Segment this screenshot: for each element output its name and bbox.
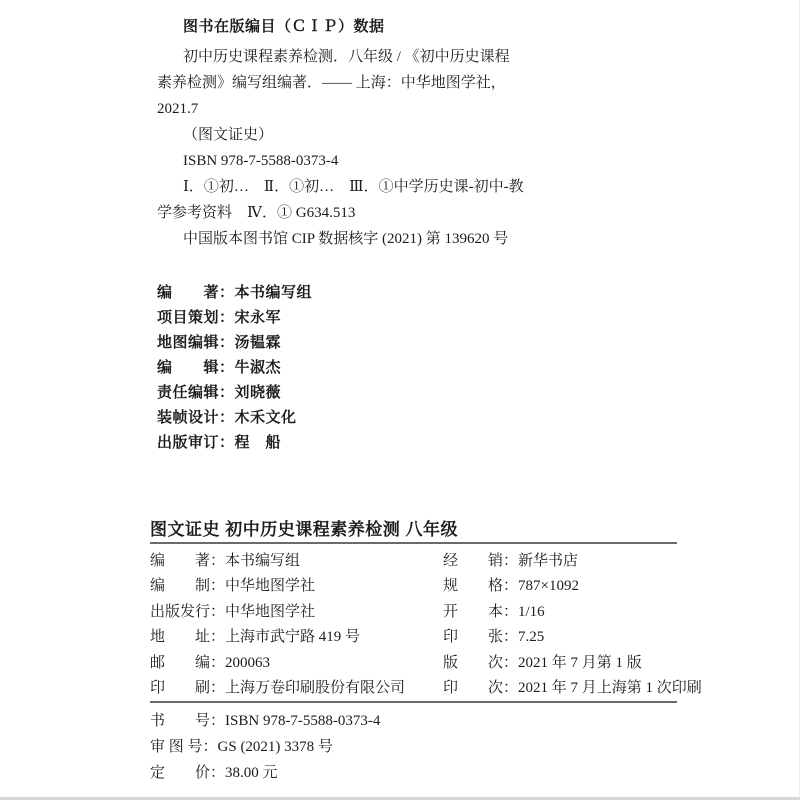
colophon-row: 编 著：本书编写组 <box>150 549 405 574</box>
colophon-label: 印 张： <box>443 629 518 645</box>
colophon-value: 2021 年 7 月上海第 1 次印刷 <box>518 680 702 696</box>
colophon-label: 开 本： <box>443 604 518 620</box>
staff-value: 木禾文化 <box>235 410 297 426</box>
colophon-row: 印 次：2021 年 7 月上海第 1 次印刷 <box>443 676 702 701</box>
staff-value: 宋永军 <box>235 310 282 326</box>
colophon-row: 版 次：2021 年 7 月第 1 版 <box>443 651 702 676</box>
colophon-value: 上海市武宁路 419 号 <box>225 629 360 645</box>
colophon-label: 版 次： <box>443 655 518 671</box>
staff-value: 汤韫霖 <box>235 335 282 351</box>
staff-label: 地图编辑： <box>157 335 235 351</box>
colophon-label: 编 制： <box>150 578 225 594</box>
staff-value: 程 船 <box>235 435 282 451</box>
cip-block: 图书在版编目（ＣＩＰ）数据 初中历史课程素养检测．八年级 / 《初中历史课程 素… <box>157 14 577 252</box>
cip-classification-line: Ⅰ．①初… Ⅱ．①初… Ⅲ．①中学历史课-初中-教 <box>157 174 577 200</box>
colophon-row: 邮 编：200063 <box>150 651 405 676</box>
staff-value: 本书编写组 <box>235 285 313 301</box>
cip-line: 素养检测》编写组编著．—— 上海：中华地图学社， <box>157 70 577 96</box>
staff-label: 编 辑： <box>157 360 235 376</box>
colophon-value: 38.00 元 <box>225 765 278 781</box>
colophon-value: 7.25 <box>518 629 544 645</box>
cip-line: 初中历史课程素养检测．八年级 / 《初中历史课程 <box>157 44 577 70</box>
cip-isbn: ISBN 978-7-5588-0373-4 <box>157 148 577 174</box>
colophon-value: 中华地图学社 <box>225 578 315 594</box>
colophon-label: 邮 编： <box>150 655 225 671</box>
colophon-value: ISBN 978-7-5588-0373-4 <box>225 713 380 729</box>
colophon-value: 200063 <box>225 655 270 671</box>
colophon-row: 印 刷：上海万卷印刷股份有限公司 <box>150 676 405 701</box>
colophon-row: 开 本：1/16 <box>443 600 702 625</box>
divider <box>150 701 677 703</box>
colophon-row: 规 格：787×1092 <box>443 574 702 599</box>
colophon-row: 地 址：上海市武宁路 419 号 <box>150 625 405 650</box>
cip-series-note: （图文证史） <box>157 122 577 148</box>
staff-label: 出版审订： <box>157 435 235 451</box>
colophon-value: 本书编写组 <box>225 553 300 569</box>
cip-heading: 图书在版编目（ＣＩＰ）数据 <box>157 14 577 40</box>
colophon-row: 出版发行：中华地图学社 <box>150 600 405 625</box>
book-title: 图文证史 初中历史课程素养检测 八年级 <box>150 515 458 540</box>
colophon-label: 编 著： <box>150 553 225 569</box>
book-number-row: 书 号：ISBN 978-7-5588-0373-4 <box>150 708 380 734</box>
colophon-row: 编 制：中华地图学社 <box>150 574 405 599</box>
staff-value: 牛淑杰 <box>235 360 282 376</box>
colophon-value: 2021 年 7 月第 1 版 <box>518 655 642 671</box>
staff-row: 编 著：本书编写组 <box>157 281 312 306</box>
colophon-value: 1/16 <box>518 604 545 620</box>
colophon-value: 中华地图学社 <box>225 604 315 620</box>
staff-row: 编 辑：牛淑杰 <box>157 356 312 381</box>
staff-label: 责任编辑： <box>157 385 235 401</box>
cip-line: 2021.7 <box>157 96 577 122</box>
colophon-row: 印 张：7.25 <box>443 625 702 650</box>
colophon-label: 规 格： <box>443 578 518 594</box>
staff-row: 装帧设计：木禾文化 <box>157 406 312 431</box>
colophon-label: 印 次： <box>443 680 518 696</box>
staff-label: 装帧设计： <box>157 410 235 426</box>
colophon-value: GS (2021) 3378 号 <box>218 739 333 755</box>
colophon-label: 地 址： <box>150 629 225 645</box>
colophon-right-column: 经 销：新华书店 规 格：787×1092 开 本：1/16 印 张：7.25 … <box>443 549 702 701</box>
staff-label: 项目策划： <box>157 310 235 326</box>
colophon-left-column: 编 著：本书编写组 编 制：中华地图学社 出版发行：中华地图学社 地 址：上海市… <box>150 549 405 701</box>
divider <box>150 542 677 544</box>
price-row: 定 价：38.00 元 <box>150 760 380 786</box>
staff-row: 责任编辑：刘晓薇 <box>157 381 312 406</box>
colophon-label: 经 销： <box>443 553 518 569</box>
staff-row: 项目策划：宋永军 <box>157 306 312 331</box>
colophon-value: 787×1092 <box>518 578 579 594</box>
staff-label: 编 著： <box>157 285 235 301</box>
colophon-label: 出版发行： <box>150 604 225 620</box>
colophon-label: 印 刷： <box>150 680 225 696</box>
staff-block: 编 著：本书编写组 项目策划：宋永军 地图编辑：汤韫霖 编 辑：牛淑杰 责任编辑… <box>157 281 312 456</box>
colophon-value: 新华书店 <box>518 553 578 569</box>
colophon-value: 上海万卷印刷股份有限公司 <box>225 680 405 696</box>
colophon-label: 定 价： <box>150 765 225 781</box>
staff-value: 刘晓薇 <box>235 385 282 401</box>
colophon-label: 审 图 号： <box>150 739 218 755</box>
colophon-bottom-block: 书 号：ISBN 978-7-5588-0373-4 审 图 号：GS (202… <box>150 708 380 786</box>
staff-row: 出版审订：程 船 <box>157 431 312 456</box>
map-approval-row: 审 图 号：GS (2021) 3378 号 <box>150 734 380 760</box>
copyright-page: 图书在版编目（ＣＩＰ）数据 初中历史课程素养检测．八年级 / 《初中历史课程 素… <box>0 0 800 800</box>
cip-classification-line: 学参考资料 Ⅳ．① G634.513 <box>157 200 577 226</box>
colophon-label: 书 号： <box>150 713 225 729</box>
colophon-row: 经 销：新华书店 <box>443 549 702 574</box>
cip-record-number: 中国版本图书馆 CIP 数据核字 (2021) 第 139620 号 <box>157 226 577 252</box>
staff-row: 地图编辑：汤韫霖 <box>157 331 312 356</box>
